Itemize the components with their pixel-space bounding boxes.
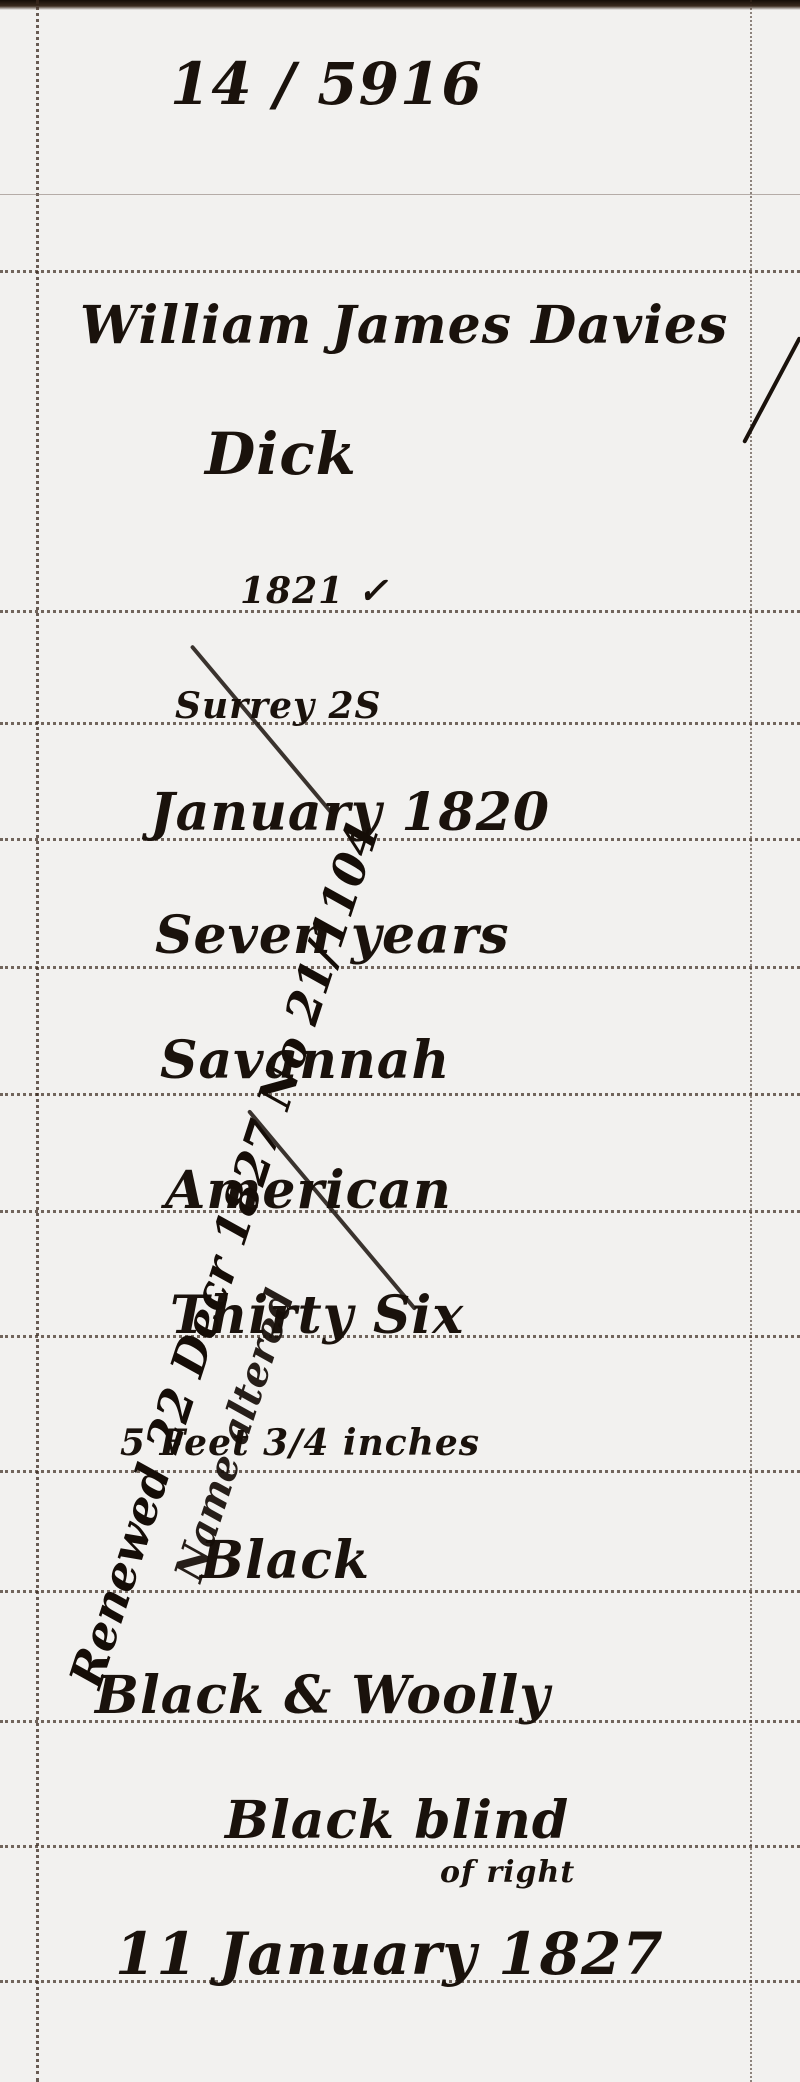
row-rule xyxy=(0,270,800,273)
field-eyes-note: of right xyxy=(440,1855,575,1890)
field-place-registered: Surrey 2S xyxy=(175,685,382,727)
scan-top-edge xyxy=(0,0,800,10)
field-name-line-2: Dick xyxy=(205,420,357,488)
row-rule xyxy=(0,1470,800,1473)
field-nationality: American xyxy=(165,1160,452,1221)
row-rule xyxy=(0,1093,800,1096)
row-rule xyxy=(0,194,800,195)
field-hair: Black & Woolly xyxy=(95,1665,551,1726)
field-issued-date: 11 January 1827 xyxy=(115,1920,664,1988)
left-column-rule xyxy=(36,0,39,2082)
row-rule xyxy=(0,722,800,725)
right-column-rule xyxy=(750,0,752,2082)
row-rule xyxy=(0,610,800,613)
register-page: 14 / 5916 William James Davies Dick 1821… xyxy=(0,0,800,2082)
pen-flourish-mark xyxy=(180,39,184,41)
field-name-line-1: William James Davies xyxy=(80,295,728,356)
row-rule xyxy=(0,966,800,969)
field-eyes: Black blind xyxy=(225,1790,569,1851)
field-year: 1821 ✓ xyxy=(240,570,389,612)
entry-number: 14 / 5916 xyxy=(170,50,483,118)
